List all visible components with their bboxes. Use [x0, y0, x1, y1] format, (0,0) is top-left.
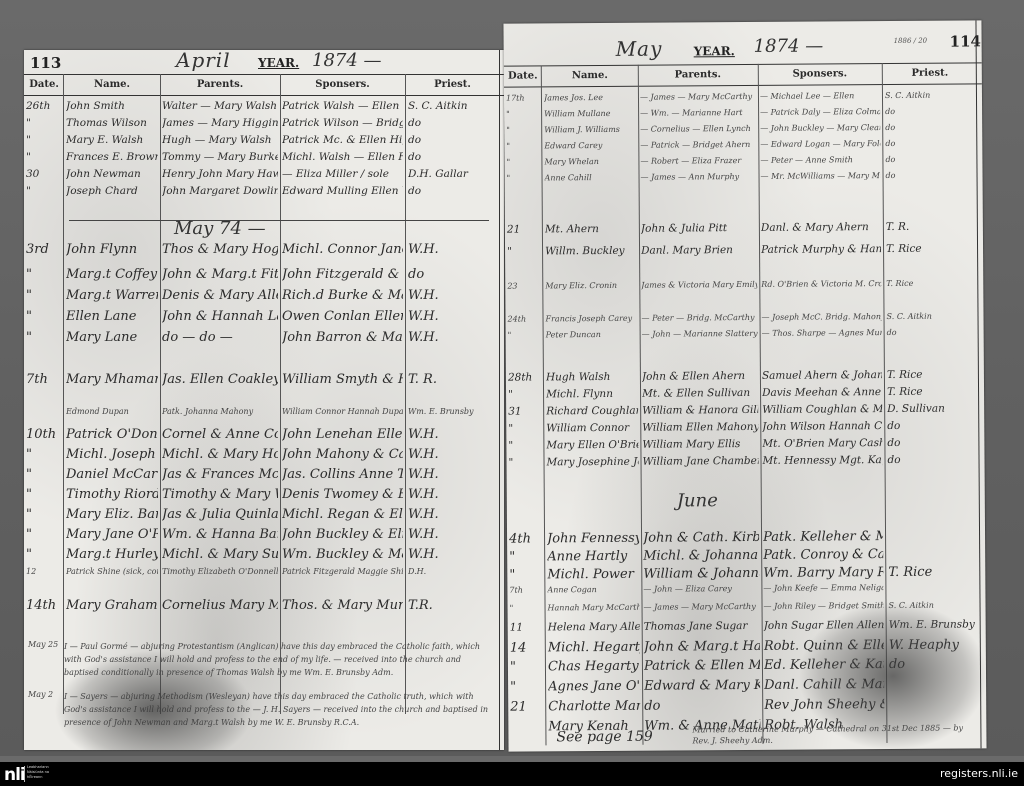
entry-date: ": [26, 151, 62, 163]
entry-priest: W.H.: [408, 309, 498, 324]
entry-name: Marg.t Warren: [66, 288, 158, 303]
entry-priest: [889, 676, 979, 677]
logo-tagline: Leabharlann Náisiúnta na hÉireann: [27, 765, 59, 780]
entry-priest: W.H.: [408, 507, 498, 522]
entry-priest: T. R.: [408, 372, 498, 387]
section-heading: June: [677, 490, 718, 511]
entry-name: Helena Mary Allen: [548, 621, 640, 634]
entry-name: John Smith: [66, 100, 158, 112]
entry-priest: do: [408, 117, 498, 129]
entry-date: ": [26, 507, 62, 522]
entry-sponsors: — Joseph McC. Bridg. Mahony: [761, 312, 881, 322]
entry-parents: Wm. & Hanna Barry: [162, 527, 278, 542]
entry-parents: — James — Ann Murphy: [641, 172, 757, 182]
entry-date: ": [26, 309, 62, 324]
entry-sponsors: Patrick Murphy & Hannah Donovan: [761, 243, 881, 256]
entry-date: 28th: [508, 371, 542, 383]
entry-parents: James & Victoria Mary Emily Fellingale: [641, 280, 757, 290]
entry-date: 14th: [26, 598, 62, 613]
page-edge-rule: [499, 50, 500, 750]
entry-parents: — James — Mary McCarthy: [640, 92, 756, 102]
entry-date: 17th: [506, 93, 540, 102]
entry-date: ": [507, 173, 541, 182]
entry-parents: Jas & Julia Quinlan: [162, 507, 278, 522]
entry-priest: W.H.: [408, 547, 498, 562]
entry-priest: do: [408, 267, 498, 282]
section-heading: May 74 —: [174, 218, 266, 239]
entry-sponsors: John Mahony & Cath. Horgan: [282, 447, 403, 462]
entry-date: ": [508, 388, 542, 400]
entry-sponsors: Patrick Wilson — Bridget Higgins: [282, 117, 403, 129]
entry-priest: do: [886, 170, 976, 180]
entry-parents: John Margaret Dowling: [162, 185, 278, 197]
entry-sponsors: Wm. Buckley & Mary West: [282, 547, 403, 562]
entry-date: 3rd: [26, 242, 62, 257]
entry-sponsors: — Eliza Miller / sole: [282, 168, 403, 180]
entry-date: 7th: [26, 372, 62, 387]
section-divider: [69, 220, 489, 221]
col-name: Name.: [64, 75, 160, 95]
entry-name: Hannah Mary McCarthy: [548, 603, 640, 613]
entry-priest: do: [408, 185, 498, 197]
entry-priest: Wm. E. Brunsby: [408, 407, 498, 416]
see-page-note: See page 159: [556, 729, 652, 746]
entry-name: Anne Cahill: [545, 173, 637, 183]
note-text: I — Sayers — abjuring Methodism (Wesleya…: [64, 690, 494, 729]
year-label: YEAR.: [258, 56, 299, 70]
entry-priest: [888, 546, 978, 547]
entry-name: Mary Lane: [66, 330, 158, 345]
entry-date: 4th: [509, 531, 543, 546]
column-rule: [405, 74, 406, 714]
entry-sponsors: — John Riley — Bridget Smith: [764, 601, 884, 611]
entry-name: Daniel McCarthy: [66, 467, 158, 482]
col-sponsors: Sponsers.: [758, 64, 882, 85]
entry-parents: Denis & Mary Allen: [162, 288, 278, 303]
col-sponsors: Sponsers.: [280, 75, 405, 95]
entry-date: ": [509, 549, 543, 564]
entry-date: 26th: [26, 100, 62, 112]
entry-name: Mary Jane O'Reilly: [66, 527, 158, 542]
col-parents: Parents.: [638, 65, 758, 86]
entry-name: John Newman: [66, 168, 158, 180]
entry-sponsors: Denis Twomey & Eliz. Ahern: [282, 487, 403, 502]
entry-parents: Michl. & Johanna Connell: [643, 548, 759, 564]
entry-date: ": [506, 157, 540, 166]
entry-priest: W.H.: [408, 427, 498, 442]
entry-sponsors: Ed. Kelleher & Kate Callaghan: [764, 657, 884, 673]
entry-sponsors: Jas. Collins Anne Twomey: [282, 467, 403, 482]
col-date: Date.: [504, 66, 542, 86]
entry-parents: Hugh — Mary Walsh: [162, 134, 278, 146]
entry-date: ": [510, 679, 544, 694]
entry-priest: [889, 716, 979, 717]
entry-date: ": [510, 659, 544, 674]
entry-sponsors: Patrick Walsh — Ellen: [282, 100, 403, 112]
entry-parents: William Mary Ellis: [642, 438, 758, 451]
entry-date: ": [509, 567, 543, 582]
entry-sponsors: John Fitzgerald & Hannah Walsh: [282, 267, 403, 282]
entry-name: Mary Josephine Jones: [546, 456, 638, 469]
entry-date: ": [26, 447, 62, 462]
entry-parents: John & Marg.t Fitzgerald: [162, 267, 278, 282]
entry-date: ": [506, 109, 540, 118]
entry-priest: D. Sullivan: [887, 402, 977, 415]
entry-name: Anne Hartly: [547, 549, 639, 565]
entry-priest: do: [887, 436, 977, 449]
logo-divider: [24, 766, 25, 782]
entry-priest: W.H.: [408, 242, 498, 257]
entry-name: Hugh Walsh: [546, 371, 638, 384]
entry-parents: Mt. & Ellen Sullivan: [642, 387, 758, 400]
entry-priest: T. Rice: [886, 278, 976, 288]
entry-date: ": [26, 330, 62, 345]
entry-parents: do — do —: [162, 330, 278, 345]
entry-parents: William & Johanna Mahony: [643, 566, 759, 582]
entry-sponsors: Patrick Fitzgerald Maggie Shine: [282, 567, 403, 576]
entry-sponsors: Mt. O'Brien Mary Cashman: [762, 437, 882, 450]
entry-sponsors: — Thos. Sharpe — Agnes Murphy: [762, 328, 882, 338]
entry-sponsors: Wm. Barry Mary Ryan: [763, 565, 883, 581]
entry-name: William Mullane: [544, 109, 636, 119]
entry-priest: [888, 582, 978, 583]
entry-name: Michl. Joseph Barry: [66, 447, 158, 462]
entry-parents: Tommy — Mary Burke: [162, 151, 278, 163]
entry-date: ": [508, 456, 542, 468]
entry-date: ": [506, 141, 540, 150]
entry-name: John Flynn: [66, 242, 158, 257]
entry-sponsors: Michl. Walsh — Ellen Fogue: [282, 151, 403, 163]
marriage-annotation: Married to Catherine Murphy — Cathedral …: [692, 722, 977, 746]
entry-sponsors: John Wilson Hannah Connor: [762, 420, 882, 433]
entry-priest: do: [408, 151, 498, 163]
entry-parents: William Jane Chambers: [642, 455, 758, 468]
entry-parents: John & Marg.t Hartnett: [644, 639, 760, 655]
entry-sponsors: John Buckley & Eliz. Barry: [282, 527, 403, 542]
col-priest: Priest.: [405, 75, 500, 95]
entry-sponsors: Rev John Sheehy & Kate: [764, 697, 884, 713]
entry-sponsors: Davis Meehan & Anne Mc Carthy: [762, 386, 882, 399]
entry-priest: do: [885, 122, 975, 132]
entry-name: William Connor: [546, 422, 638, 435]
entry-sponsors: Rich.d Burke & Marg.t Allen: [282, 288, 403, 303]
entry-parents: — Peter — Bridg. McCarthy: [641, 313, 757, 323]
entry-parents: Patrick & Ellen Mangan: [644, 658, 760, 674]
entry-sponsors: Danl. & Mary Ahern: [761, 221, 881, 234]
entry-date: ": [26, 134, 62, 146]
entry-parents: — James — Mary McCarthy: [644, 602, 760, 612]
page-month: May: [616, 37, 663, 61]
entry-sponsors: — John Buckley — Mary Cleary: [760, 123, 880, 133]
entry-priest: S. C. Aitkin: [885, 90, 975, 100]
viewer-footer: nli Leabharlann Náisiúnta na hÉireann re…: [0, 762, 1024, 786]
entry-parents: John & Cath. Kirby: [643, 530, 759, 546]
entry-parents: John & Julia Pitt: [641, 222, 757, 235]
entry-sponsors: — Peter — Anne Smith: [760, 155, 880, 165]
entry-parents: — John — Eliza Carey: [643, 584, 759, 594]
margin-note: 1886 / 20: [894, 37, 928, 45]
entry-name: Michl. Hegarty: [548, 640, 640, 656]
entry-date: ": [26, 487, 62, 502]
entry-priest: do: [885, 138, 975, 148]
entry-priest: S. C. Aitkin: [889, 600, 979, 610]
entry-parents: Cornel & Anne Coffee: [162, 427, 278, 442]
entry-priest: W.H.: [408, 467, 498, 482]
entry-name: Marg.t Hurley: [66, 547, 158, 562]
entry-date: 24th: [507, 314, 541, 323]
entry-priest: [888, 528, 978, 529]
site-url-link[interactable]: registers.nli.ie: [940, 767, 1018, 780]
col-name: Name.: [542, 66, 638, 87]
entry-date: 14: [510, 640, 544, 655]
note-date: May 25: [28, 640, 58, 649]
col-date: Date.: [24, 75, 64, 95]
entry-priest: W. Heaphy: [889, 637, 979, 653]
entry-parents: Timothy Elizabeth O'Donnell: [162, 567, 278, 576]
col-parents: Parents.: [160, 75, 280, 95]
entry-date: ": [26, 185, 62, 197]
entry-sponsors: — Michael Lee — Ellen: [760, 91, 880, 101]
entry-priest: do: [885, 106, 975, 116]
entry-name: Peter Duncan: [546, 330, 638, 340]
entry-name: Patrick O'Donovan: [66, 427, 158, 442]
year-value: 1874 —: [754, 35, 824, 56]
entry-sponsors: Robt. Quinn & Ellen Cotter: [764, 638, 884, 654]
entry-date: 10th: [26, 427, 62, 442]
entry-priest: do: [885, 154, 975, 164]
entry-name: Agnes Jane O'Farrell: [548, 679, 640, 695]
entry-priest: do: [887, 327, 977, 337]
entry-priest: S. C. Aitkin: [886, 311, 976, 321]
entry-sponsors: Danl. Cahill & Margaret: [764, 677, 884, 693]
entry-priest: S. C. Aitkin: [408, 100, 498, 112]
column-header-row: Date. Name. Parents. Sponsers. Priest.: [24, 74, 504, 96]
entry-parents: William Ellen Mahony: [642, 421, 758, 434]
entry-priest: W.H.: [408, 527, 498, 542]
entry-sponsors: — Mr. McWilliams — Mary Murphy: [761, 171, 881, 181]
entry-parents: John & Hannah Lane: [162, 309, 278, 324]
entry-priest: T. Rice: [886, 242, 976, 255]
entry-parents: Cornelius Mary Murphy: [162, 598, 278, 613]
entry-name: Mary Mhaman: [66, 372, 158, 387]
entry-priest: T. Rice: [887, 385, 977, 398]
entry-name: Edmond Dupan: [66, 407, 158, 416]
entry-date: ": [506, 125, 540, 134]
entry-parents: Timothy & Mary Walsh: [162, 487, 278, 502]
entry-parents: Thos & Mary Hogan: [162, 242, 278, 257]
register-page-right: May YEAR. 1874 — 1886 / 20 114 Date. Nam…: [503, 20, 986, 751]
entry-name: Patrick Shine (sick, conditional): [66, 567, 158, 576]
entry-priest: W.H.: [408, 288, 498, 303]
entry-priest: W.H.: [408, 487, 498, 502]
entry-name: Marg.t Coffey: [66, 267, 158, 282]
entry-sponsors: John Barron & Mary Kelly: [282, 330, 403, 345]
entry-priest: do: [889, 656, 979, 672]
entry-priest: Wm. E. Brunsby: [889, 618, 979, 631]
entry-date: ": [507, 245, 541, 257]
entry-sponsors: — Patrick Daly — Eliza Colman: [760, 107, 880, 117]
entry-priest: D.H. Gallar: [408, 168, 498, 180]
entry-parents: Jas. Ellen Coakley: [162, 372, 278, 387]
entry-name: Anne Cogan: [547, 585, 639, 595]
entry-parents: Jas & Frances McCarthy: [162, 467, 278, 482]
entry-priest: do: [887, 419, 977, 432]
nli-logo[interactable]: nli: [4, 765, 25, 785]
entry-priest: W.H.: [408, 447, 498, 462]
entry-sponsors: Patk. Conroy & Cath. Cronin: [763, 547, 883, 563]
entry-name: Charlotte Marg.t: [548, 699, 640, 715]
entry-name: Edward Carey: [544, 141, 636, 151]
page-number: 113: [30, 54, 61, 72]
entry-sponsors: Samuel Ahern & Johanna Walsh: [762, 369, 882, 382]
entry-parents: Edward & Mary Keveny: [644, 678, 760, 694]
entry-sponsors: Edward Mulling Ellen Walsh: [282, 185, 403, 197]
entry-date: ": [510, 603, 544, 612]
entry-parents: Henry John Mary Hawe: [162, 168, 278, 180]
entry-date: ": [26, 547, 62, 562]
entry-priest: T. R.: [886, 220, 976, 233]
entry-date: ": [26, 267, 62, 282]
entry-date: ": [26, 527, 62, 542]
entry-sponsors: Thos. & Mary Murphy: [282, 598, 403, 613]
entry-parents: John & Ellen Ahern: [642, 370, 758, 383]
entry-sponsors: Owen Conlan Ellen Hanlon: [282, 309, 403, 324]
entry-name: John Fennessy: [547, 531, 639, 547]
entry-name: Mary Ellen O'Brien: [546, 439, 638, 452]
entry-date: 11: [510, 621, 544, 633]
entry-name: Mary Eliz. Barry: [66, 507, 158, 522]
entry-parents: James — Mary Higgins: [162, 117, 278, 129]
entry-priest: T. Rice: [887, 368, 977, 381]
entry-parents: Walter — Mary Walsh: [162, 100, 278, 112]
entry-parents: — Cornelius — Ellen Lynch: [640, 124, 756, 134]
entry-parents: Michl. & Mary Horgan: [162, 447, 278, 462]
entry-name: Francis Joseph Carey: [545, 314, 637, 324]
entry-date: 21: [510, 699, 544, 714]
entry-parents: — Robert — Eliza Frazer: [640, 156, 756, 166]
entry-priest: D.H.: [408, 567, 498, 576]
entry-sponsors: John Sugar Ellen Allen: [764, 619, 884, 632]
entry-name: Chas Hegarty: [548, 659, 640, 675]
entry-sponsors: John Lenehan Ellen Condon: [282, 427, 403, 442]
entry-parents: Danl. Mary Brien: [641, 244, 757, 257]
entry-sponsors: William Coughlan & Ml. Coughlan: [762, 403, 882, 416]
entry-sponsors: — John Keefe — Emma Neligan: [763, 583, 883, 593]
entry-parents: William & Hanora Gilley: [642, 404, 758, 417]
entry-sponsors: William Smyth & Hanora Coakley: [282, 372, 403, 387]
column-rule: [63, 74, 64, 714]
entry-parents: — Wm. — Marianne Hart: [640, 108, 756, 118]
entry-sponsors: Michl. Connor Jane Hogan: [282, 242, 403, 257]
note-text: I — Paul Gormé — abjuring Protestantism …: [64, 640, 494, 679]
entry-name: Timothy Riordan: [66, 487, 158, 502]
entry-date: ": [26, 117, 62, 129]
entry-name: James Jos. Lee: [544, 93, 636, 103]
entry-name: William J. Williams: [544, 125, 636, 135]
entry-date: ": [508, 439, 542, 451]
entry-name: Michl. Flynn: [546, 388, 638, 401]
entry-priest: W.H.: [408, 330, 498, 345]
entry-name: Joseph Chard: [66, 185, 158, 197]
entry-name: Mt. Ahern: [545, 223, 637, 236]
entry-name: Thomas Wilson: [66, 117, 158, 129]
entry-name: Richard Coughlan: [546, 405, 638, 418]
column-header-row: Date. Name. Parents. Sponsers. Priest.: [504, 62, 982, 87]
entry-name: Frances E. Brown: [66, 151, 158, 163]
entry-date: ": [508, 330, 542, 339]
entry-date: 7th: [509, 585, 543, 594]
entry-priest: T. Rice: [888, 564, 978, 580]
register-page-left: 113 April YEAR. 1874 — Date. Name. Paren…: [24, 50, 504, 750]
entry-parents: — John — Marianne Slattery: [642, 329, 758, 339]
year-label: YEAR.: [694, 44, 735, 58]
entry-sponsors: Mt. Hennessy Mgt. Kaple: [762, 454, 882, 467]
col-priest: Priest.: [882, 63, 978, 84]
entry-sponsors: Rd. O'Brien & Victoria M. Cronin: [761, 279, 881, 289]
column-rule: [280, 74, 281, 714]
column-rule: [160, 74, 161, 714]
entry-date: 21: [507, 223, 541, 235]
year-value: 1874 —: [312, 50, 382, 71]
entry-name: Willm. Buckley: [545, 245, 637, 258]
page-month: April: [176, 50, 231, 72]
entry-name: Mary Eliz. Cronin: [545, 281, 637, 291]
entry-name: Mary E. Walsh: [66, 134, 158, 146]
entry-parents: Patk. Johanna Mahony: [162, 407, 278, 416]
entry-sponsors: William Connor Hannah Dupan: [282, 407, 403, 416]
entry-priest: T.R.: [408, 598, 498, 613]
entry-date: ": [26, 467, 62, 482]
entry-name: Mary Graham: [66, 598, 158, 613]
entry-parents: do: [644, 698, 760, 714]
entry-name: Michl. Power: [547, 567, 639, 583]
entry-date: ": [508, 422, 542, 434]
note-date: May 2: [28, 690, 53, 699]
entry-priest: do: [887, 453, 977, 466]
entry-date: 12: [26, 567, 62, 576]
entry-name: Ellen Lane: [66, 309, 158, 324]
entry-priest: do: [408, 134, 498, 146]
entry-parents: Michl. & Mary Supple: [162, 547, 278, 562]
entry-parents: — Patrick — Bridget Ahern: [640, 140, 756, 150]
entry-name: Mary Whelan: [544, 157, 636, 167]
entry-priest: [889, 696, 979, 697]
entry-sponsors: — Edward Logan — Mary Foley: [760, 139, 880, 149]
entry-sponsors: Michl. Regan & Ellen Murray: [282, 507, 403, 522]
entry-date: ": [26, 288, 62, 303]
entry-sponsors: Patrick Mc. & Ellen Higgins: [282, 134, 403, 146]
entry-date: 30: [26, 168, 62, 180]
entry-parents: Thomas Jane Sugar: [644, 620, 760, 633]
entry-date: 23: [507, 281, 541, 290]
entry-date: 31: [508, 405, 542, 417]
entry-sponsors: Patk. Kelleher & Mary Sullivan: [763, 529, 883, 545]
